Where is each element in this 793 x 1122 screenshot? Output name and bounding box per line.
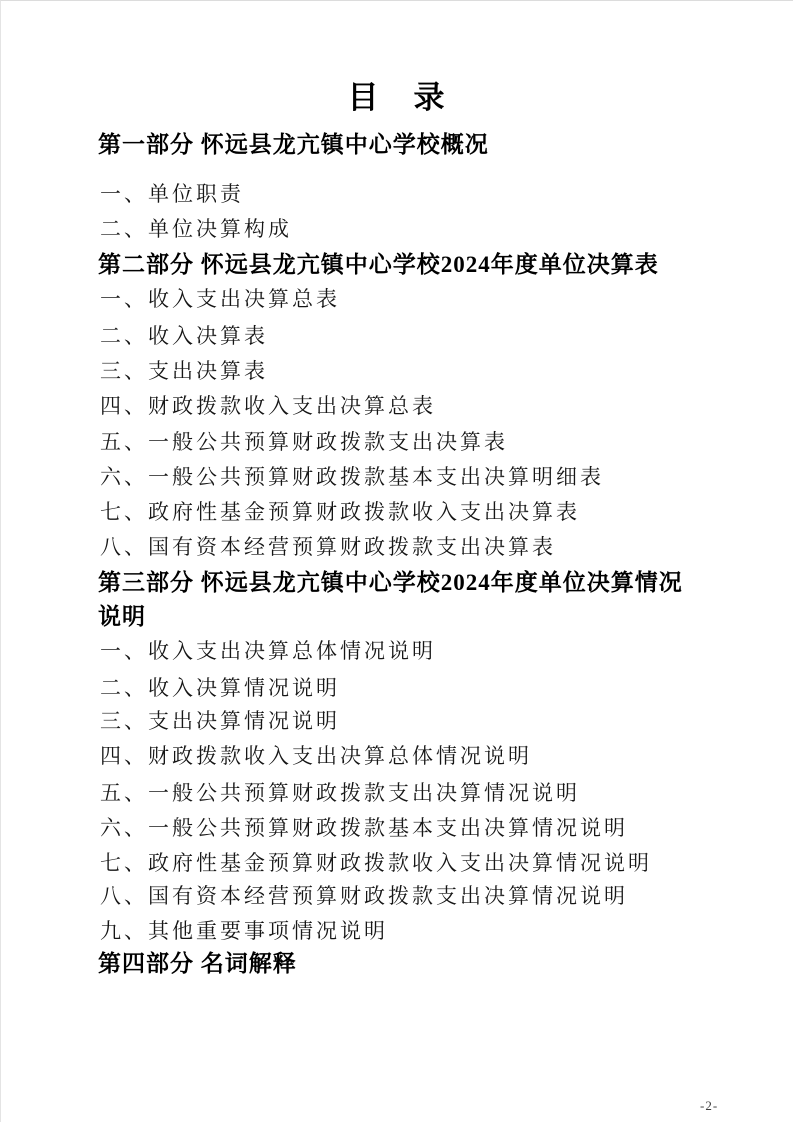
toc-item: 二、收入决算情况说明	[100, 671, 340, 706]
toc-item: 八、国有资本经营预算财政拨款支出决算情况说明	[100, 879, 628, 914]
toc-item: 八、国有资本经营预算财政拨款支出决算表	[100, 530, 556, 565]
toc-item: 二、收入决算表	[100, 319, 268, 354]
toc-item: 五、一般公共预算财政拨款支出决算表	[100, 425, 508, 460]
toc-part3-heading-line2: 说明	[98, 599, 146, 634]
toc-item: 四、财政拨款收入支出决算总表	[100, 389, 436, 424]
toc-part1-heading: 第一部分 怀远县龙亢镇中心学校概况	[98, 127, 489, 162]
toc-item: 一、收入支出决算总体情况说明	[100, 634, 436, 669]
toc-item: 七、政府性基金预算财政拨款收入支出决算情况说明	[100, 846, 652, 881]
toc-item: 三、支出决算表	[100, 354, 268, 389]
toc-part3-heading-line1: 第三部分 怀远县龙亢镇中心学校2024年度单位决算情况	[98, 565, 683, 600]
toc-item: 五、一般公共预算财政拨款支出决算情况说明	[100, 776, 580, 811]
toc-item: 一、单位职责	[100, 177, 244, 212]
toc-item: 六、一般公共预算财政拨款基本支出决算情况说明	[100, 811, 628, 846]
toc-item: 六、一般公共预算财政拨款基本支出决算明细表	[100, 460, 604, 495]
toc-part2-heading: 第二部分 怀远县龙亢镇中心学校2024年度单位决算表	[98, 247, 659, 282]
toc-item: 一、收入支出决算总表	[100, 282, 340, 317]
toc-item: 四、财政拨款收入支出决算总体情况说明	[100, 739, 532, 774]
toc-item: 七、政府性基金预算财政拨款收入支出决算表	[100, 495, 580, 530]
toc-item: 三、支出决算情况说明	[100, 704, 340, 739]
toc-title: 目 录	[1, 77, 793, 119]
page-number: -2-	[700, 1098, 718, 1114]
toc-item: 二、单位决算构成	[100, 212, 292, 247]
document-page: 目 录 第一部分 怀远县龙亢镇中心学校概况 一、单位职责 二、单位决算构成 第二…	[0, 0, 793, 1122]
toc-item: 九、其他重要事项情况说明	[100, 914, 388, 949]
toc-part4-heading: 第四部分 名词解释	[98, 946, 297, 981]
